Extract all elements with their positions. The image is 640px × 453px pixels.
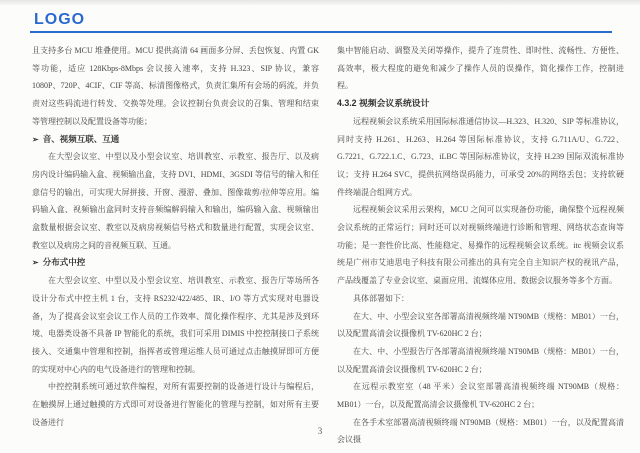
left-column: 且支持多台 MCU 堆叠使用。MCU 提供高清 64 画面多分屏、丢包恢复、内置…	[32, 42, 319, 449]
bullet-heading-distributed-control: ➢分布式中控	[32, 254, 319, 272]
paragraph-smart-start-continued: 集中智能启动、调整及关闭等操作，提升了连贯性、即时性、流畅性、方便性、高效率，极…	[337, 42, 624, 95]
paragraph-protocols: 远程视频会议系统采用国际标准通信协议—H.323、H.320、SIP 等标准协议…	[337, 113, 624, 202]
bullet-heading-av-interconnect: ➢音、视频互联、互通	[32, 131, 319, 149]
right-column: 集中智能启动、调整及关闭等操作，提升了连贯性、即时性、流畅性、方便性、高效率，极…	[337, 42, 624, 449]
scan-top-edge	[0, 0, 640, 5]
bullet-arrow-icon: ➢	[32, 135, 39, 144]
text-columns: 且支持多台 MCU 堆叠使用。MCU 提供高清 64 画面多分屏、丢包恢复、内置…	[32, 42, 624, 449]
paragraph-distributed-control: 在大型会议室、中型以及小型会议室、培训教室、示教室、报告厅等场所各设计分布式中控…	[32, 272, 319, 378]
paragraph-mcu-continued: 且支持多台 MCU 堆叠使用。MCU 提供高清 64 画面多分屏、丢包恢复、内置…	[32, 42, 319, 131]
bullet-heading-label: 分布式中控	[43, 257, 86, 267]
page-header: LOGO	[34, 11, 85, 29]
bullet-heading-label: 音、视频互联、互通	[43, 134, 120, 144]
document-page: LOGO 且支持多台 MCU 堆叠使用。MCU 提供高清 64 画面多分屏、丢包…	[0, 0, 640, 453]
paragraph-av-interconnect: 在大型会议室、中型以及小型会议室、培训教室、示教室、报告厅、以及病房内设计编码输…	[32, 148, 319, 254]
bullet-arrow-icon: ➢	[32, 258, 39, 267]
paragraph-deployment-lecture-halls: 在大、中、小型报告厅各部署高清视频终端 NT90MB（规格：MB01）一台，以及…	[337, 343, 624, 378]
header-rule	[30, 31, 612, 33]
paragraph-deployment-meeting-rooms: 在大、中、小型会议室各部署高清视频终端 NT90MB（规格：MB01）一台，以及…	[337, 308, 624, 343]
paragraph-deployment-teaching-room: 在远程示教室室（48 平米）会议室部署高清视频终端 NT90MB（规格：MB01…	[337, 378, 624, 413]
paragraph-cloud-architecture: 远程视频会议采用云架构，MCU 之间可以实现备份功能，确保整个远程视频会议系统的…	[337, 201, 624, 290]
section-heading-432: 4.3.2 视频会议系统设计	[337, 95, 624, 113]
page-number: 3	[318, 426, 323, 436]
page-footer: 3	[0, 421, 640, 439]
paragraph-deployment-intro: 具体部署如下：	[337, 290, 624, 308]
company-logo: LOGO	[34, 11, 85, 28]
